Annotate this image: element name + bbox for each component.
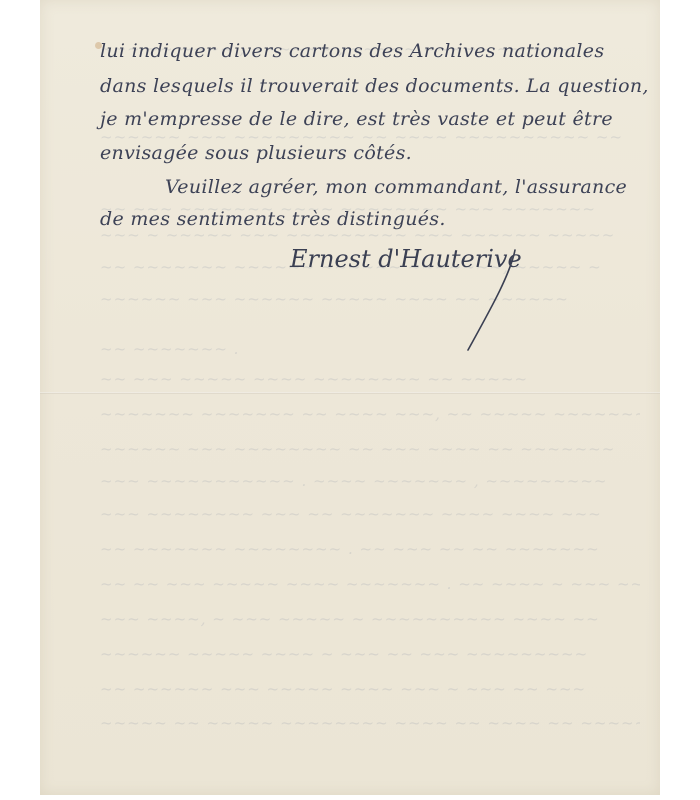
signature-flourish	[460, 245, 520, 355]
bleed-through-text: ~~~ ~~~~~~~~~~~ . ~~~~ ~~~~~~~ , ~~~~~~~…	[100, 472, 640, 490]
bleed-through-text: ~~ ~~~~~~ ~~~ ~~~~~ ~~~~ ~~~ ~ ~~~ ~~ ~~…	[100, 680, 640, 698]
bleed-through-text: ~~~~~~ ~~~ ~~~~~~~~ ~~ ~~~ ~~~~ ~~ ~~~~~…	[100, 440, 640, 458]
bleed-through-text: ~~~~~~ ~~~~~ ~~~~ ~ ~~~ ~~ ~~~ ~~~~~~~~~	[100, 645, 640, 663]
letter-line-3: je m'empresse de le dire, est très vaste…	[100, 108, 613, 130]
paper-fold-crease	[40, 392, 660, 394]
bleed-through-text: ~~ ~~~~~~~ ~~~~~~~~ . ~~ ~~~ ~~ ~~ ~~~~~…	[100, 540, 640, 558]
bleed-through-text: ~~~~~ ~~ ~~~~~ ~~~~~~~~ ~~~~ ~~ ~~~~ ~~ …	[100, 714, 640, 732]
bleed-through-text: ~~ ~~~~~~~ .	[100, 340, 640, 358]
letter-line-6-closing: de mes sentiments très distingués.	[100, 208, 446, 230]
letter-line-5-closing: Veuillez agréer, mon commandant, l'assur…	[165, 176, 627, 198]
bleed-through-text: ~~~~~~ ~~~ ~~~~~~ ~~~~~ ~~~~ ~~ ~~~~~~	[100, 290, 640, 308]
letter-line-4: envisagée sous plusieurs côtés.	[100, 142, 412, 164]
bleed-through-text: ~~ ~~~ ~~~~~ ~~~~ ~~~~~~~~ ~~ ~~~~~	[100, 370, 640, 388]
bleed-through-text: ~~~ ~~~~, ~ ~~~ ~~~~~ ~ ~~~~~~~~~~ ~~~~ …	[100, 610, 640, 628]
bleed-through-text: ~~ ~~ ~~~ ~~~~~ ~~~~ ~~~~~~~ . ~~ ~~~~ ~…	[100, 575, 640, 593]
bleed-through-text: ~~~ ~~~~~~~~ ~~~ ~~ ~~~~~~~ ~~~~ ~~~~ ~~…	[100, 505, 640, 523]
bleed-through-text: ~~~~~~~ ~~~~~~~ ~~ ~~~~ ~~~, ~~ ~~~~~ ~~…	[100, 405, 640, 423]
letter-line-2: dans lesquels il trouverait des document…	[100, 75, 649, 97]
letter-paper: ~~~ ~~ ~~~~ , ~~~~~~ , ~~~~~ ~~~~~ ~~ ~~…	[40, 0, 660, 795]
letter-line-1: lui indiquer divers cartons des Archives…	[100, 40, 604, 62]
